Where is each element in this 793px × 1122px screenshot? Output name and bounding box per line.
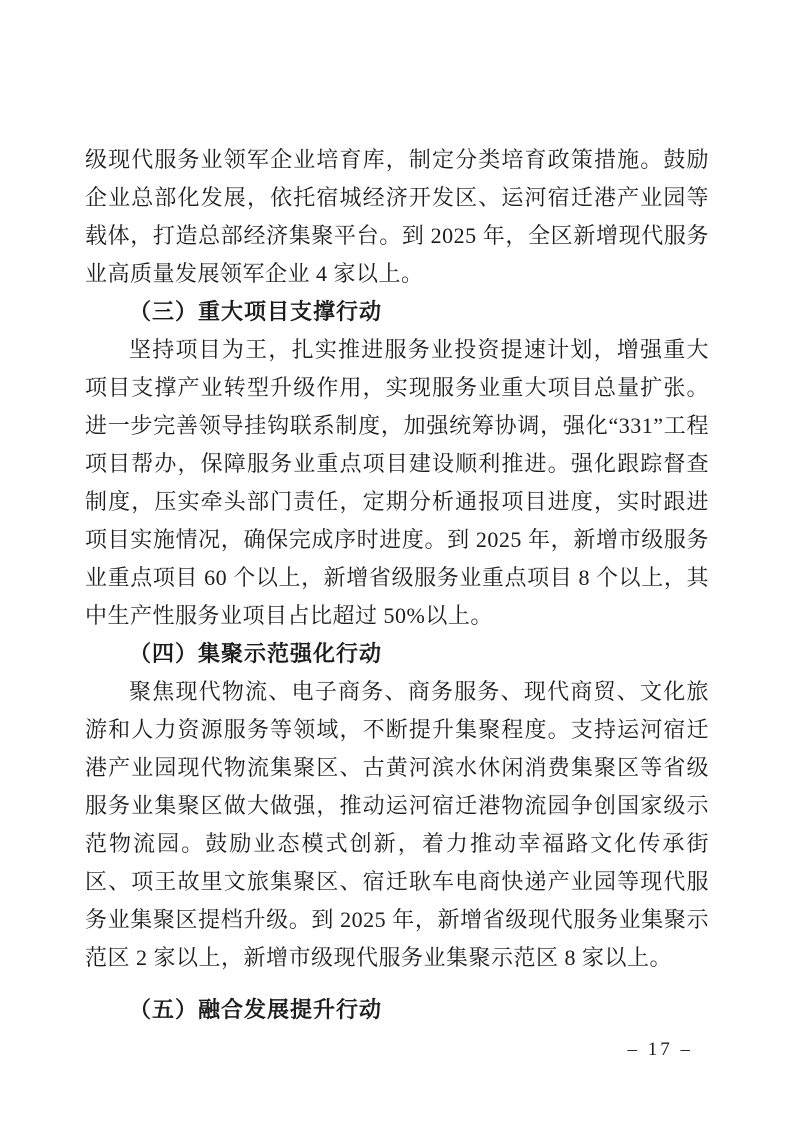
document-body: 级现代服务业领军企业培育库，制定分类培育政策措施。鼓励企业总部化发展，依托宿城经… [85, 141, 709, 1029]
section-3-paragraph: 坚持项目为王，扎实推进服务业投资提速计划，增强重大项目支撑产业转型升级作用，实现… [85, 331, 709, 635]
section-4-paragraph: 聚焦现代物流、电子商务、商务服务、现代商贸、文化旅游和人力资源服务等领域，不断提… [85, 673, 709, 977]
section-heading-4: （四）集聚示范强化行动 [85, 635, 709, 673]
page-number: – 17 – [628, 1038, 694, 1062]
section-heading-5: （五）融合发展提升行动 [85, 991, 709, 1029]
section-heading-3: （三）重大项目支撑行动 [85, 293, 709, 331]
document-page: 级现代服务业领军企业培育库，制定分类培育政策措施。鼓励企业总部化发展，依托宿城经… [0, 0, 793, 1122]
paragraph-continuation: 级现代服务业领军企业培育库，制定分类培育政策措施。鼓励企业总部化发展，依托宿城经… [85, 141, 709, 293]
